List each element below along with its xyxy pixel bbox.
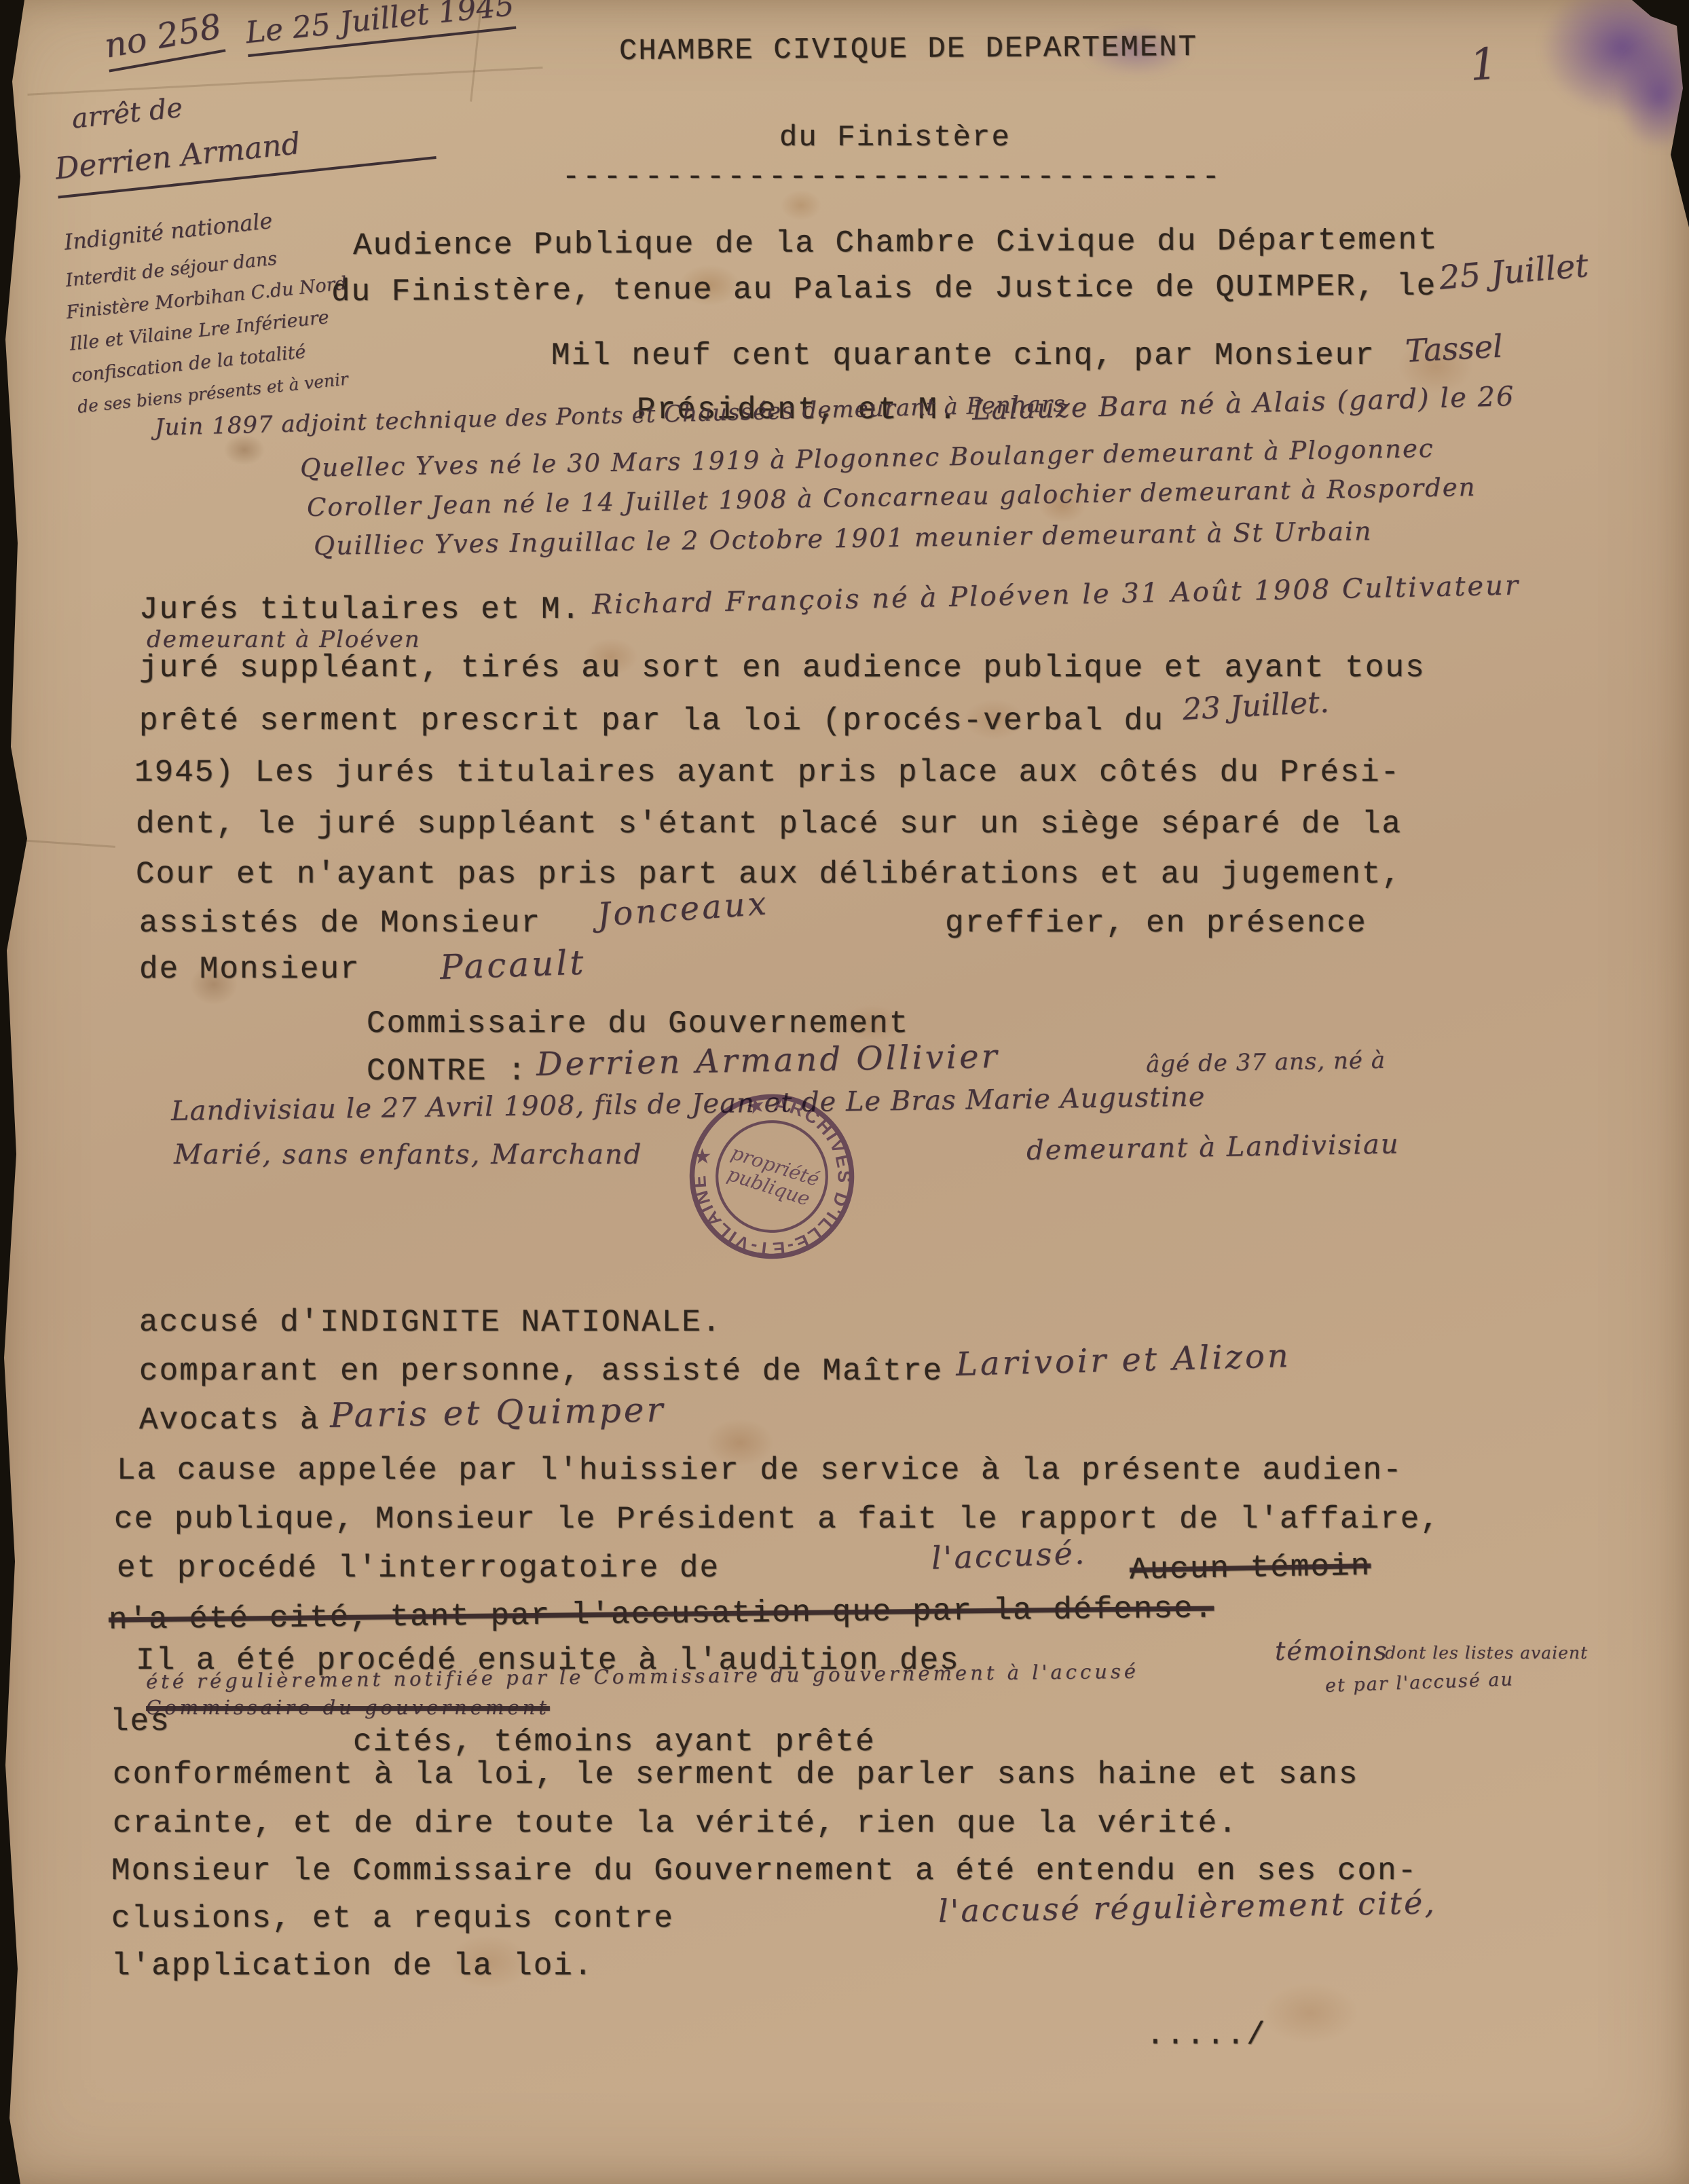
handwritten-juror-line: Quellec Yves né le 30 Mars 1919 à Plogon…	[300, 434, 1434, 483]
header-department: du Finistère	[779, 121, 1011, 155]
margin-annotations: no 258 Le 25 Juillet 1945 arrêt de Derri…	[19, 0, 552, 419]
typed-line: ce publique, Monsieur le Président a fai…	[114, 1502, 1441, 1537]
handwritten-juror-line: Quilliec Yves Inguillac le 2 Octobre 190…	[314, 516, 1373, 561]
typed-line: prêté serment prescrit par la loi (procé…	[139, 703, 1164, 739]
handwritten-insert: Paris et Quimper	[329, 1390, 665, 1435]
handwritten-insert: demeurant à Landivisiau	[1026, 1128, 1400, 1166]
typed-line: CONTRE :	[367, 1054, 527, 1089]
handwritten-juror-line: Juin 1897 adjoint technique des Ponts et…	[154, 390, 1066, 441]
ink-smudge	[1616, 41, 1689, 149]
typed-line: accusé d'INDIGNITE NATIONALE.	[139, 1305, 722, 1340]
paper-crease	[0, 838, 115, 848]
typed-struck-text: Aucun témoin	[1130, 1549, 1371, 1588]
paper-stain	[1263, 1982, 1358, 2043]
handwritten-insert: Larivoir et Alizon	[955, 1337, 1291, 1384]
handwritten-insert: Tassel	[1405, 328, 1504, 369]
margin-case-number: no 258	[101, 6, 225, 72]
handwritten-insert: Richard François né à Ploéven le 31 Août…	[592, 570, 1521, 621]
typed-line: Audience Publique de la Chambre Civique …	[353, 223, 1439, 263]
handwritten-insert: Derrien Armand Ollivier	[536, 1037, 1000, 1084]
handwritten-insert: Marié, sans enfants, Marchand	[174, 1139, 642, 1170]
handwritten-insert: témoins	[1275, 1636, 1388, 1666]
handwritten-insert: 23 Juillet.	[1182, 685, 1330, 727]
handwritten-struck-text: Commissaire du gouvernement	[146, 1696, 550, 1719]
typed-struck-text: n'a été cité, tant par l'accusation que …	[109, 1591, 1214, 1637]
typed-line: Cour et n'ayant pas pris part aux délibé…	[136, 857, 1402, 892]
typed-line: les	[110, 1704, 170, 1739]
paper-sheet: 1 no 258 Le 25 Juillet 1945 arrêt de Der…	[0, 0, 1689, 2184]
ink-smudge	[1541, 0, 1689, 115]
typed-line: Jurés titulaires et M.	[139, 592, 581, 627]
typed-line: de Monsieur	[139, 952, 360, 987]
typed-line: clusions, et a requis contre	[111, 1901, 674, 1936]
typed-line: cités, témoins ayant prêté	[353, 1724, 876, 1760]
handwritten-insert: dont les listes avaient	[1385, 1643, 1588, 1663]
typed-line: Mil neuf cent quarante cinq, par Monsieu…	[551, 338, 1375, 373]
document-scan: 1 no 258 Le 25 Juillet 1945 arrêt de Der…	[0, 0, 1689, 2184]
typed-line: La cause appelée par l'huissier de servi…	[117, 1453, 1403, 1488]
typed-line: dent, le juré suppléant s'étant placé su…	[136, 807, 1402, 842]
handwritten-insert: 25 Juillet	[1438, 246, 1590, 297]
header-court-title: CHAMBRE CIVIQUE DE DEPARTEMENT	[619, 31, 1198, 69]
handwritten-interline: et par l'accusé au	[1324, 1669, 1514, 1697]
typed-line: et procédé l'interrogatoire de	[117, 1551, 720, 1586]
typed-line: assistés de Monsieur	[139, 906, 541, 941]
typed-line: 1945) Les jurés titulaires ayant pris pl…	[134, 755, 1400, 790]
handwritten-insert: l'accusé.	[931, 1534, 1087, 1576]
typed-line: l'application de la loi.	[111, 1948, 594, 1984]
handwritten-insert: âgé de 37 ans, né à	[1146, 1047, 1386, 1078]
handwritten-insert: Pacault	[439, 943, 587, 987]
typed-line: comparant en personne, assisté de Maître	[139, 1354, 943, 1389]
header-divider: --------------------------------	[562, 160, 1223, 194]
typed-line: Avocats à	[139, 1403, 320, 1438]
typed-line: Monsieur le Commissaire du Gouvernement …	[111, 1853, 1417, 1889]
typed-line: greffier, en présence	[945, 906, 1367, 941]
typed-line: juré suppléant, tirés au sort en audienc…	[139, 650, 1426, 686]
margin-date: Le 25 Juillet 1945	[244, 0, 516, 57]
page-number: 1	[1468, 39, 1499, 91]
typed-line: Commissaire du Gouvernement	[367, 1006, 909, 1041]
margin-arret: arrêt de	[70, 56, 522, 134]
typed-line: crainte, et de dire toute la vérité, rie…	[113, 1806, 1238, 1841]
paper-stain	[781, 190, 821, 221]
handwritten-juror-line: Coroller Jean né le 14 Juillet 1908 à Co…	[307, 473, 1477, 522]
typed-line: du Finistère, tenue au Palais de Justice…	[331, 269, 1437, 310]
typed-line: conformément à la loi, le serment de par…	[113, 1757, 1358, 1792]
continuation-mark: ...../	[1146, 2018, 1267, 2053]
handwritten-insert: demeurant à Ploéven	[147, 626, 421, 653]
handwritten-insert: l'accusé régulièrement cité,	[938, 1884, 1437, 1929]
